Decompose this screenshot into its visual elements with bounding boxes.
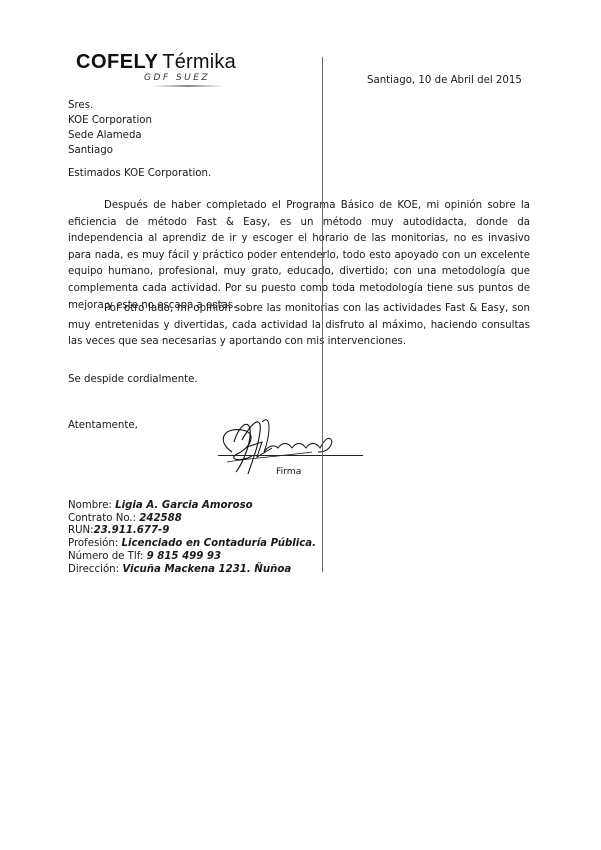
logo-brand: COFELY: [76, 51, 158, 73]
signature-line: [218, 455, 363, 456]
recipient-line: Sede Alameda: [68, 128, 152, 143]
company-logo: COFELYTérmika GDF SUEZ: [76, 51, 236, 73]
signer-run-row: RUN:23.911.677-9: [68, 525, 316, 538]
logo-brand-sub: Térmika: [162, 51, 236, 73]
body-paragraph-2: Por otro lado, mi opinión sobre las moni…: [68, 301, 530, 351]
field-value: Licenciado en Contaduría Pública.: [122, 538, 317, 549]
field-value: 9 815 499 93: [147, 551, 221, 562]
field-value: Vicuña Mackena 1231. Ñuñoa: [122, 564, 291, 575]
letter-date: Santiago, 10 de Abril del 2015: [367, 75, 522, 86]
field-label: Dirección:: [68, 564, 122, 575]
recipient-line: Santiago: [68, 143, 152, 158]
field-label: Contrato No.:: [68, 513, 139, 524]
field-value: 242588: [139, 513, 182, 524]
closing-line: Se despide cordialmente.: [68, 374, 198, 385]
recipient-address: Sres. KOE Corporation Sede Alameda Santi…: [68, 98, 152, 158]
logo-tagline: GDF SUEZ: [144, 73, 210, 83]
signature-label: Firma: [276, 466, 301, 477]
signer-info: Nombre: Ligia A. Garcia Amoroso Contrato…: [68, 500, 316, 576]
signer-profession-row: Profesión: Licenciado en Contaduría Públ…: [68, 538, 316, 551]
field-value: 23.911.677-9: [94, 525, 170, 536]
field-value: Ligia A. Garcia Amoroso: [115, 500, 252, 511]
body-paragraph-1: Después de haber completado el Programa …: [68, 198, 530, 314]
letter-page: COFELYTérmika GDF SUEZ Santiago, 10 de A…: [0, 0, 601, 850]
signer-address-row: Dirección: Vicuña Mackena 1231. Ñuñoa: [68, 564, 316, 577]
paragraph-text: Después de haber completado el Programa …: [68, 200, 530, 311]
signer-phone-row: Número de Tlf: 9 815 499 93: [68, 551, 316, 564]
paragraph-text: Por otro lado, mi opinión sobre las moni…: [68, 303, 530, 347]
salutation: Estimados KOE Corporation.: [68, 168, 211, 179]
field-label: Nombre:: [68, 500, 115, 511]
field-label: Profesión:: [68, 538, 122, 549]
logo-swoosh-icon: [152, 85, 224, 87]
signer-contract-row: Contrato No.: 242588: [68, 513, 316, 526]
recipient-line: KOE Corporation: [68, 113, 152, 128]
sign-off: Atentamente,: [68, 420, 138, 431]
recipient-line: Sres.: [68, 98, 152, 113]
field-label: RUN:: [68, 525, 94, 536]
signer-name-row: Nombre: Ligia A. Garcia Amoroso: [68, 500, 316, 513]
scan-fold-line: [322, 57, 323, 572]
field-label: Número de Tlf:: [68, 551, 147, 562]
